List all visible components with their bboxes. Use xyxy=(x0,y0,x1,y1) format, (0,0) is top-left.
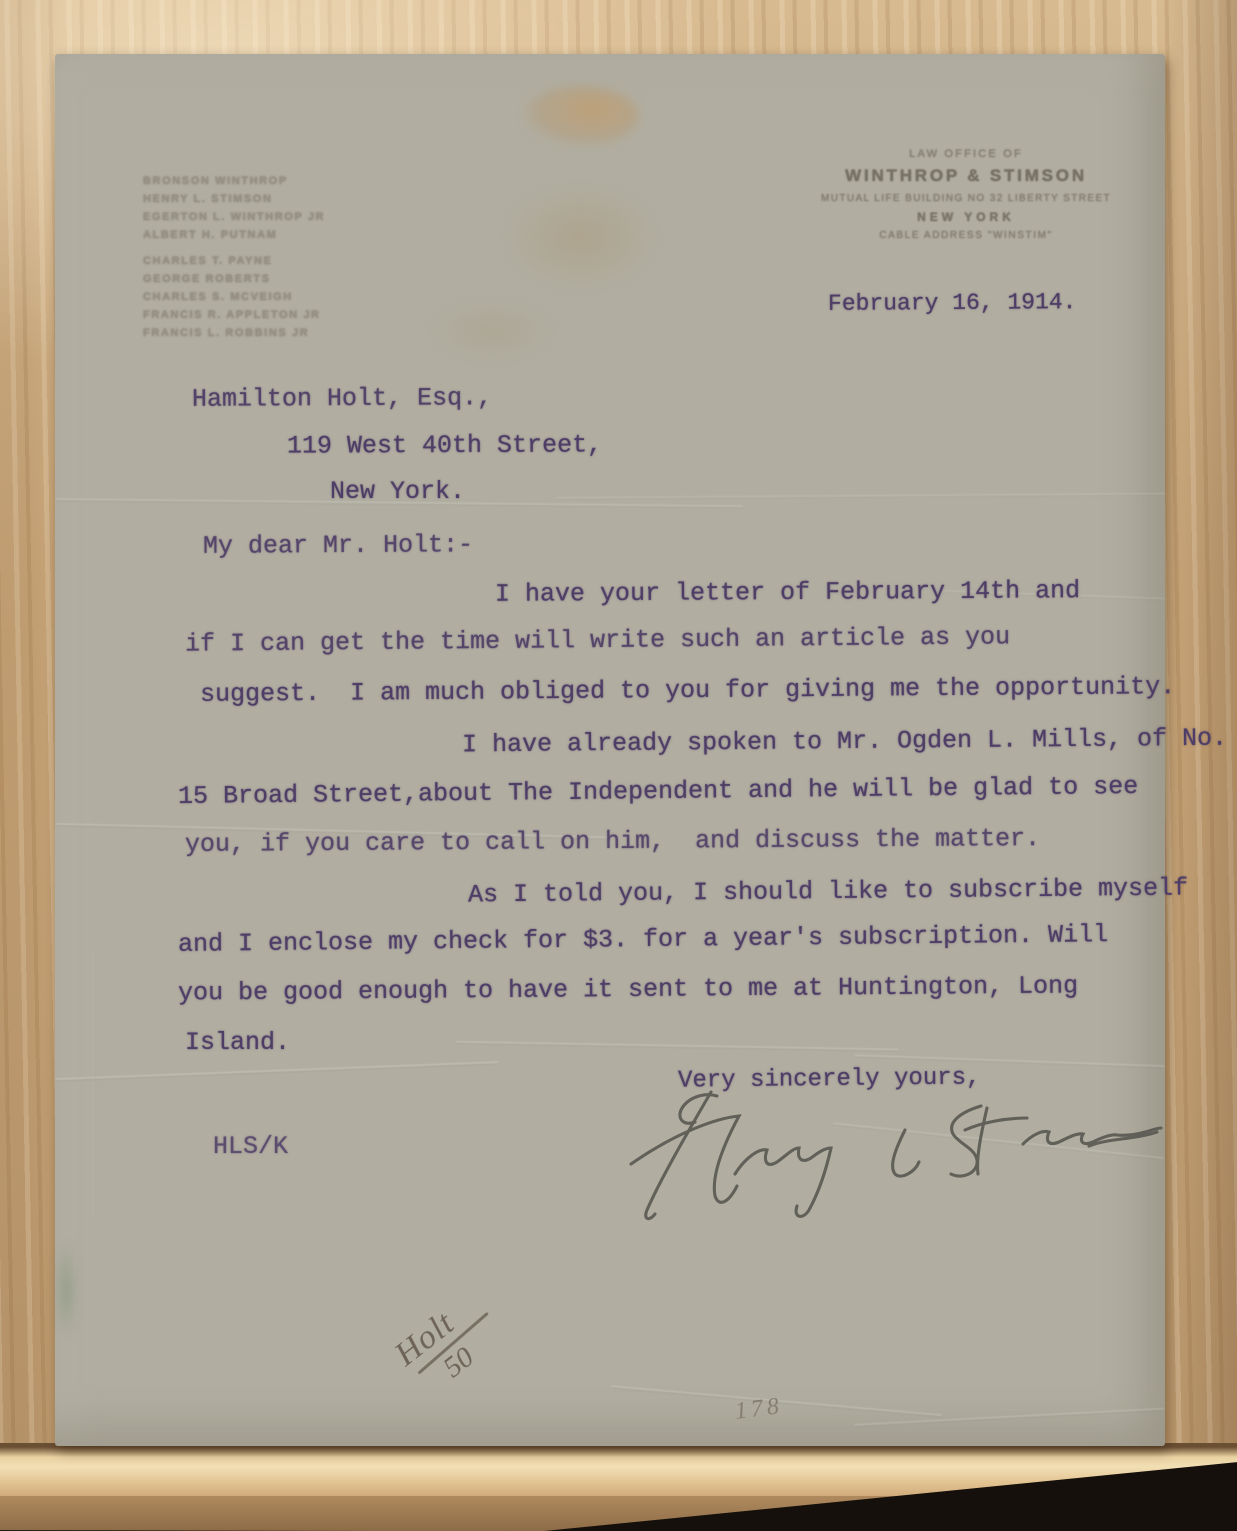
partner-name: GEORGE ROBERTS xyxy=(143,270,325,288)
crease xyxy=(455,1041,899,1052)
body-line: As I told you, I should like to subscrib… xyxy=(468,874,1188,910)
stain xyxy=(501,182,661,292)
partner-name: CHARLES T. PAYNE xyxy=(143,252,325,270)
letterhead-firm-block: LAW OFFICE OF WINTHROP & STIMSON MUTUAL … xyxy=(770,148,1162,241)
crease xyxy=(93,954,95,1214)
reference-initials: HLS/K xyxy=(213,1132,288,1161)
partner-name: HENRY L. STIMSON xyxy=(143,190,325,208)
crease xyxy=(554,493,1165,500)
body-line: you, if you care to call on him, and dis… xyxy=(185,824,1040,859)
stain xyxy=(55,1242,77,1338)
firm-city: NEW YORK xyxy=(770,210,1162,224)
body-line: I have your letter of February 14th and xyxy=(495,576,1080,609)
pencil-page-number: 178 xyxy=(734,1393,785,1426)
partner-name: CHARLES S. MCVEIGH xyxy=(143,288,325,306)
office-line: LAW OFFICE OF xyxy=(770,148,1162,160)
body-line: if I can get the time will write such an… xyxy=(185,622,1010,658)
pencil-number: 50 xyxy=(437,1341,480,1385)
partner-name: EGERTON L. WINTHROP JR xyxy=(143,208,325,226)
letterhead-partner-list: BRONSON WINTHROP HENRY L. STIMSON EGERTO… xyxy=(143,172,325,342)
recipient-city: New York. xyxy=(330,477,465,506)
salutation: My dear Mr. Holt:- xyxy=(203,530,473,560)
body-line: Island. xyxy=(185,1028,290,1057)
firm-address: MUTUAL LIFE BUILDING NO 32 LIBERTY STREE… xyxy=(770,193,1162,204)
body-line: suggest. I am much obliged to you for gi… xyxy=(200,672,1175,709)
pencil-annotation-holt-50: Holt 50 xyxy=(388,1252,552,1403)
recipient-name: Hamilton Holt, Esq., xyxy=(192,383,492,414)
firm-name: WINTHROP & STIMSON xyxy=(770,166,1162,186)
stain xyxy=(427,298,557,364)
crease xyxy=(55,1061,499,1081)
partner-name: FRANCIS R. APPLETON JR xyxy=(143,306,325,324)
partner-name: BRONSON WINTHROP xyxy=(143,172,325,190)
letter-paper: BRONSON WINTHROP HENRY L. STIMSON EGERTO… xyxy=(55,54,1165,1446)
letter-date: February 16, 1914. xyxy=(828,289,1077,317)
partner-name: ALBERT H. PUTNAM xyxy=(143,226,325,244)
body-line: I have already spoken to Mr. Ogden L. Mi… xyxy=(462,724,1227,760)
body-line: 15 Broad Street,about The Independent an… xyxy=(178,772,1138,811)
partner-name: FRANCIS L. ROBBINS JR xyxy=(143,324,325,342)
signature-henry-l-stimson xyxy=(583,1076,1163,1226)
stain xyxy=(523,86,639,146)
photo-of-letter-on-wood-table: BRONSON WINTHROP HENRY L. STIMSON EGERTO… xyxy=(0,0,1237,1531)
recipient-street: 119 West 40th Street, xyxy=(287,430,602,460)
cable-address: CABLE ADDRESS "WINSTIM" xyxy=(770,230,1162,241)
body-line: and I enclose my check for $3. for a yea… xyxy=(178,920,1108,959)
body-line: you be good enough to have it sent to me… xyxy=(178,971,1078,1007)
